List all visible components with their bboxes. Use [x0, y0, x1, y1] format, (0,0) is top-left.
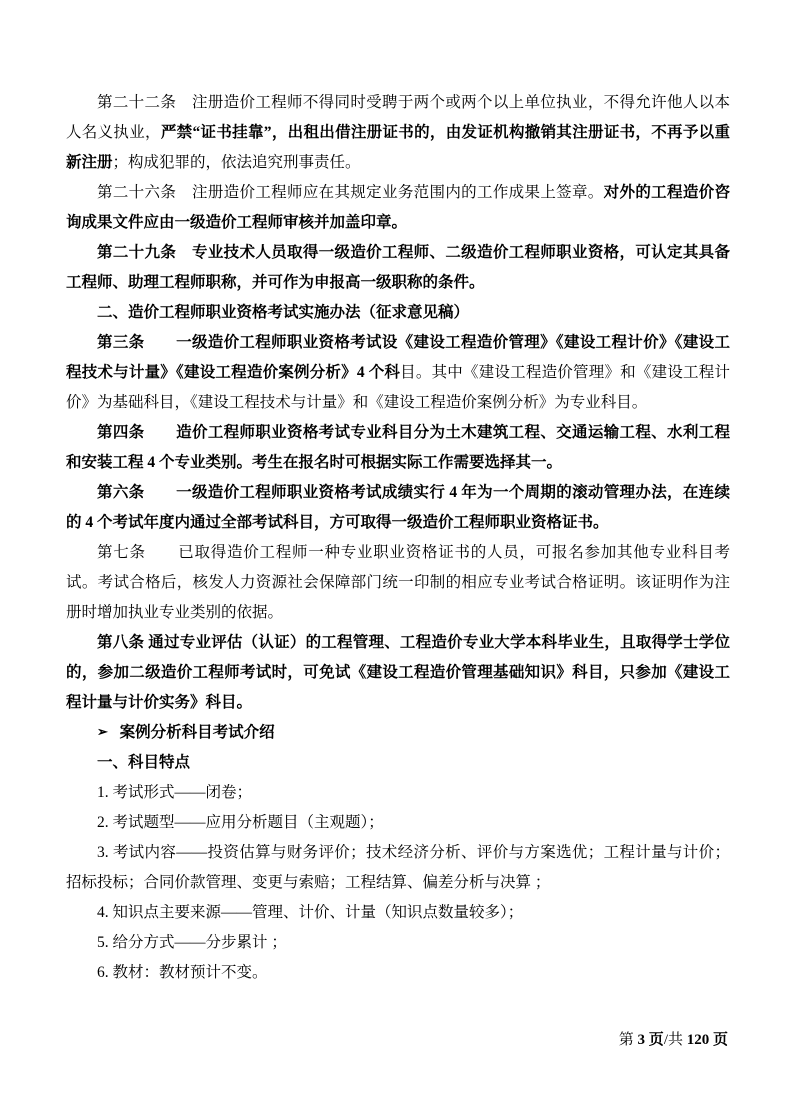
text-run: 3 页 — [638, 1032, 664, 1048]
text-run: 6. 教材：教材预计不变。 — [97, 964, 268, 981]
text-run: 120 页 — [687, 1032, 728, 1048]
text-run: 一、科目特点 — [97, 754, 190, 771]
arrow-bullet-icon: ➢ — [97, 717, 108, 747]
text-run: 4. 知识点主要来源——管理、计价、计量（知识点数量较多）； — [97, 904, 523, 921]
document-body: 第二十二条 注册造价工程师不得同时受聘于两个或两个以上单位执业，不得允许他人以本… — [66, 88, 730, 988]
text-run: 第七条 已取得造价工程师一种专业职业资格证书的人员，可报名参加其他专业科目考试。… — [66, 544, 730, 621]
page-footer-text: 第 3 页/共 120 页 — [619, 1026, 728, 1054]
text-run: 第二十六条 注册造价工程师应在其规定业务范围内的工作成果上签章。 — [97, 184, 604, 201]
paragraph-article-3: 第三条 一级造价工程师职业资格考试设《建设工程造价管理》《建设工程计价》《建设工… — [66, 328, 730, 418]
text-run: 第 — [619, 1032, 638, 1048]
text-run: 第六条 一级造价工程师职业资格考试成绩实行 4 年为一个周期的滚动管理办法，在连… — [66, 484, 730, 531]
section-heading-subject-features: 一、科目特点 — [66, 748, 730, 778]
text-run: 二、造价工程师职业资格考试实施办法（征求意见稿） — [97, 304, 469, 321]
document-page: 第二十二条 注册造价工程师不得同时受聘于两个或两个以上单位执业，不得允许他人以本… — [0, 0, 792, 1120]
paragraph-article-4: 第四条 造价工程师职业资格考试专业科目分为土木建筑工程、交通运输工程、水利工程和… — [66, 418, 730, 478]
text-run: 案例分析科目考试介绍 — [120, 724, 275, 741]
list-item-2: 2. 考试题型——应用分析题目（主观题）； — [66, 808, 730, 838]
list-item-4: 4. 知识点主要来源——管理、计价、计量（知识点数量较多）； — [66, 898, 730, 928]
list-item-3: 3. 考试内容——投资估算与财务评价；技术经济分析、评价与方案选优；工程计量与计… — [66, 838, 730, 898]
paragraph-article-29: 第二十九条 专业技术人员取得一级造价工程师、二级造价工程师职业资格，可认定其具备… — [66, 238, 730, 298]
paragraph-article-7: 第七条 已取得造价工程师一种专业职业资格证书的人员，可报名参加其他专业科目考试。… — [66, 538, 730, 628]
text-run: 5. 给分方式——分步累计 ； — [97, 934, 287, 951]
text-run: 第八条 通过专业评估（认证）的工程管理、工程造价专业大学本科毕业生，且取得学士学… — [66, 634, 730, 711]
list-item-6: 6. 教材：教材预计不变。 — [66, 958, 730, 988]
paragraph-article-26: 第二十六条 注册造价工程师应在其规定业务范围内的工作成果上签章。对外的工程造价咨… — [66, 178, 730, 238]
text-run: 3. 考试内容——投资估算与财务评价；技术经济分析、评价与方案选优；工程计量与计… — [66, 844, 730, 891]
paragraph-article-8: 第八条 通过专业评估（认证）的工程管理、工程造价专业大学本科毕业生，且取得学士学… — [66, 628, 730, 718]
text-run: 2. 考试题型——应用分析题目（主观题）； — [97, 814, 384, 831]
text-run: 1. 考试形式——闭卷； — [97, 784, 252, 801]
list-item-1: 1. 考试形式——闭卷； — [66, 778, 730, 808]
text-run: /共 — [664, 1032, 687, 1048]
paragraph-article-6: 第六条 一级造价工程师职业资格考试成绩实行 4 年为一个周期的滚动管理办法，在连… — [66, 478, 730, 538]
paragraph-article-22: 第二十二条 注册造价工程师不得同时受聘于两个或两个以上单位执业，不得允许他人以本… — [66, 88, 730, 178]
bullet-heading-case-analysis-intro: ➢案例分析科目考试介绍 — [66, 718, 730, 748]
text-run: ；构成犯罪的，依法追究刑事责任。 — [113, 154, 361, 171]
section-heading-2: 二、造价工程师职业资格考试实施办法（征求意见稿） — [66, 298, 730, 328]
list-item-5: 5. 给分方式——分步累计 ； — [66, 928, 730, 958]
text-run: 第二十九条 专业技术人员取得一级造价工程师、二级造价工程师职业资格，可认定其具备… — [66, 244, 730, 291]
text-run: 第四条 造价工程师职业资格考试专业科目分为土木建筑工程、交通运输工程、水利工程和… — [66, 424, 730, 471]
